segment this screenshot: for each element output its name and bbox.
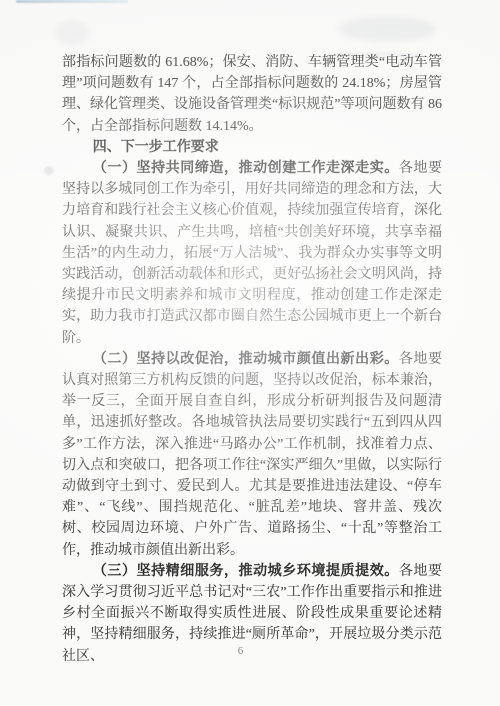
document-page: 部指标问题数的 61.68%；保安、消防、车辆管理类“电动车管理”项问题数有 1… — [0, 0, 500, 706]
paragraph-text: 各地要坚持以多城同创工作为牵引，用好共同缔造的理念和方法，大力培育和践行社会主义… — [62, 161, 442, 346]
scan-smudge — [338, 16, 436, 42]
paragraph-text: 各地要认真对照第三方机构反馈的问题，坚持以改促治，标本兼治，举一反三，全面开展自… — [62, 352, 442, 558]
paragraph: （二）坚持以改促治，推动城市颜值出新出彩。各地要认真对照第三方机构反馈的问题，坚… — [62, 349, 442, 561]
paragraph: （一）坚持共同缔造，推动创建工作走深走实。各地要坚持以多城同创工作为牵引，用好共… — [62, 158, 442, 349]
page-number: 6 — [0, 645, 482, 657]
paragraph: 部指标问题数的 61.68%；保安、消防、车辆管理类“电动车管理”项问题数有 1… — [62, 52, 442, 137]
paragraph-heading-text: （一）坚持共同缔造，推动创建工作走深走实。 — [93, 161, 399, 176]
paragraph-heading-text: 四、下一步工作要求 — [93, 140, 219, 155]
paragraph-heading-text: （三）坚持精细服务，推动城乡环境提质提效。 — [93, 564, 399, 579]
paragraph: 四、下一步工作要求 — [62, 137, 442, 158]
scan-smudge — [44, 166, 54, 175]
paragraph-text: 部指标问题数的 61.68%；保安、消防、车辆管理类“电动车管理”项问题数有 1… — [62, 55, 442, 134]
scan-edge-line — [16, 0, 128, 3]
paragraph-heading-text: （二）坚持以改促治，推动城市颜值出新出彩。 — [93, 352, 399, 367]
scan-smudge — [55, 20, 89, 46]
document-body: 部指标问题数的 61.68%；保安、消防、车辆管理类“电动车管理”项问题数有 1… — [62, 52, 442, 667]
